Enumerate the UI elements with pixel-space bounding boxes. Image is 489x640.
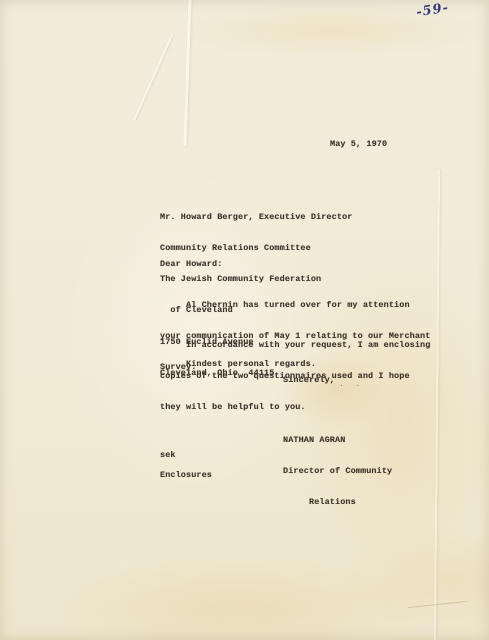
letter-date: May 5, 1970 [330, 139, 387, 149]
signature-name: NATHAN AGRAN [283, 435, 392, 445]
paragraph-line: In accordance with your request, I am en… [160, 340, 430, 350]
paper-crease-right [434, 170, 440, 640]
enclosures-note: Enclosures [160, 470, 212, 480]
closing-sincerely: Sincerely, [283, 375, 335, 385]
signature-title-line: Relations [283, 497, 392, 507]
salutation: Dear Howard: [160, 259, 222, 269]
stray-ink-mark: . . [339, 379, 363, 389]
paragraph-line: Al Chernin has turned over for my attent… [160, 300, 430, 310]
address-line: Community Relations Committee [160, 243, 352, 253]
signature-title-line: Director of Community [283, 466, 392, 476]
regards-line: Kindest personal regards. [160, 359, 316, 369]
paper-crease-top-branch [133, 34, 173, 122]
paragraph-line: they will be helpful to you. [160, 402, 430, 412]
address-line: Mr. Howard Berger, Executive Director [160, 212, 352, 222]
paper-crease-top [183, 0, 191, 146]
paper-crease-bottom-right [408, 601, 466, 608]
signature-block: NATHAN AGRAN Director of Community Relat… [283, 414, 392, 528]
typist-initials: sek [160, 450, 176, 460]
handwritten-page-number: -59- [415, 0, 486, 20]
letter-page: -59- May 5, 1970 Mr. Howard Berger, Exec… [0, 0, 489, 640]
